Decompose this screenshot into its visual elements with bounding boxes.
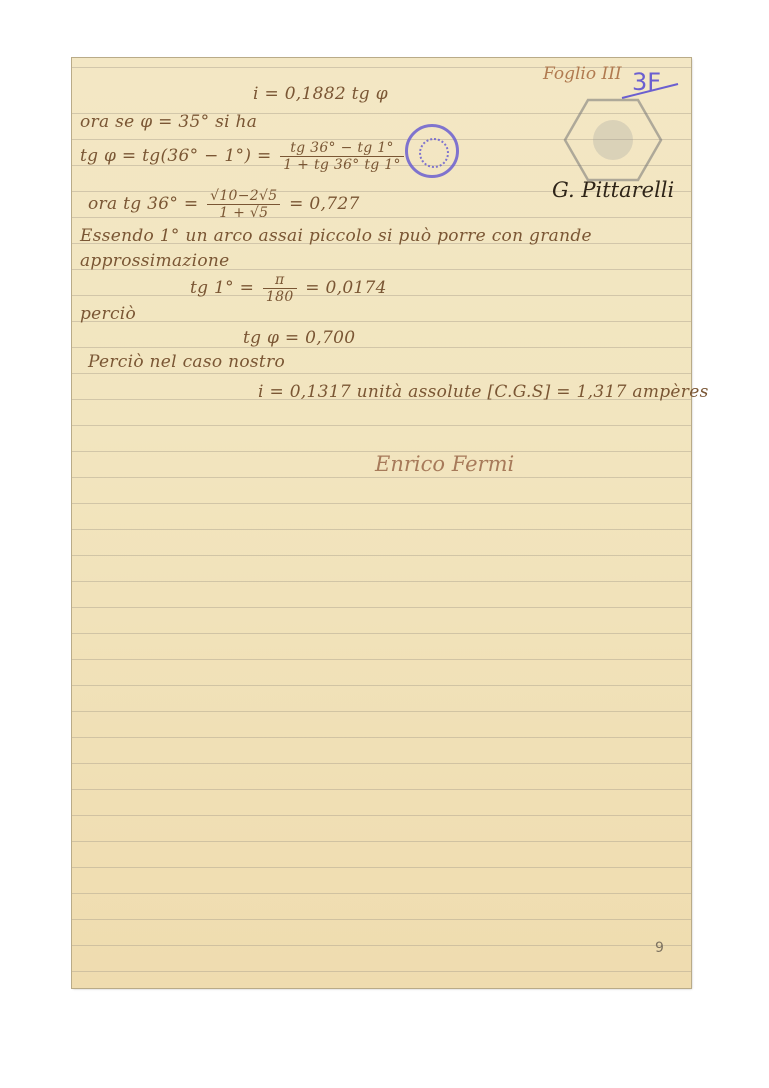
fraction-tan36: √10−2√5 1 + √5	[207, 188, 280, 221]
formula-line-3-lhs: tg φ = tg(36° − 1°) =	[80, 146, 272, 166]
fraction-tan1: π 180	[263, 272, 297, 305]
formula-line-9: tg φ = 0,700	[243, 328, 355, 348]
formula-line-1: i = 0,1882 tg φ	[253, 84, 388, 104]
formula-line-4-lhs: ora tg 36° =	[88, 194, 198, 214]
fraction-numerator: π	[263, 272, 297, 289]
text-line-5: Essendo 1° un arco assai piccolo si può …	[80, 226, 592, 246]
fraction-numerator: √10−2√5	[207, 188, 280, 205]
fraction-denominator: 1 + √5	[207, 205, 280, 221]
text-line-6: approssimazione	[80, 251, 230, 271]
author-signature: Enrico Fermi	[375, 452, 514, 476]
fraction-denominator: 1 + tg 36° tg 1°	[280, 157, 404, 173]
foglio-label: Foglio III	[543, 64, 622, 84]
formula-line-7: tg 1° = π 180 = 0,0174	[190, 272, 387, 305]
text-line-8: perciò	[80, 304, 136, 324]
university-stamp-icon	[563, 97, 663, 183]
formula-line-7-lhs: tg 1° =	[190, 278, 254, 298]
fraction-tan-diff: tg 36° − tg 1° 1 + tg 36° tg 1°	[280, 140, 404, 173]
fraction-numerator: tg 36° − tg 1°	[280, 140, 404, 157]
page-number: 9	[655, 940, 664, 956]
text-line-10: Perciò nel caso nostro	[88, 352, 285, 372]
formula-line-4: ora tg 36° = √10−2√5 1 + √5 = 0,727	[88, 188, 360, 221]
formula-line-11: i = 0,1317 unità assolute [C.G.S] = 1,31…	[258, 382, 709, 402]
formula-line-7-rhs: = 0,0174	[305, 278, 387, 298]
text-line-2: ora se φ = 35° si ha	[80, 112, 257, 132]
formula-line-3: tg φ = tg(36° − 1°) = tg 36° − tg 1° 1 +…	[80, 140, 407, 173]
fraction-denominator: 180	[263, 289, 297, 305]
formula-line-4-rhs: = 0,727	[289, 194, 359, 214]
examiner-signature: G. Pittarelli	[552, 178, 674, 202]
round-stamp-icon	[405, 124, 459, 178]
